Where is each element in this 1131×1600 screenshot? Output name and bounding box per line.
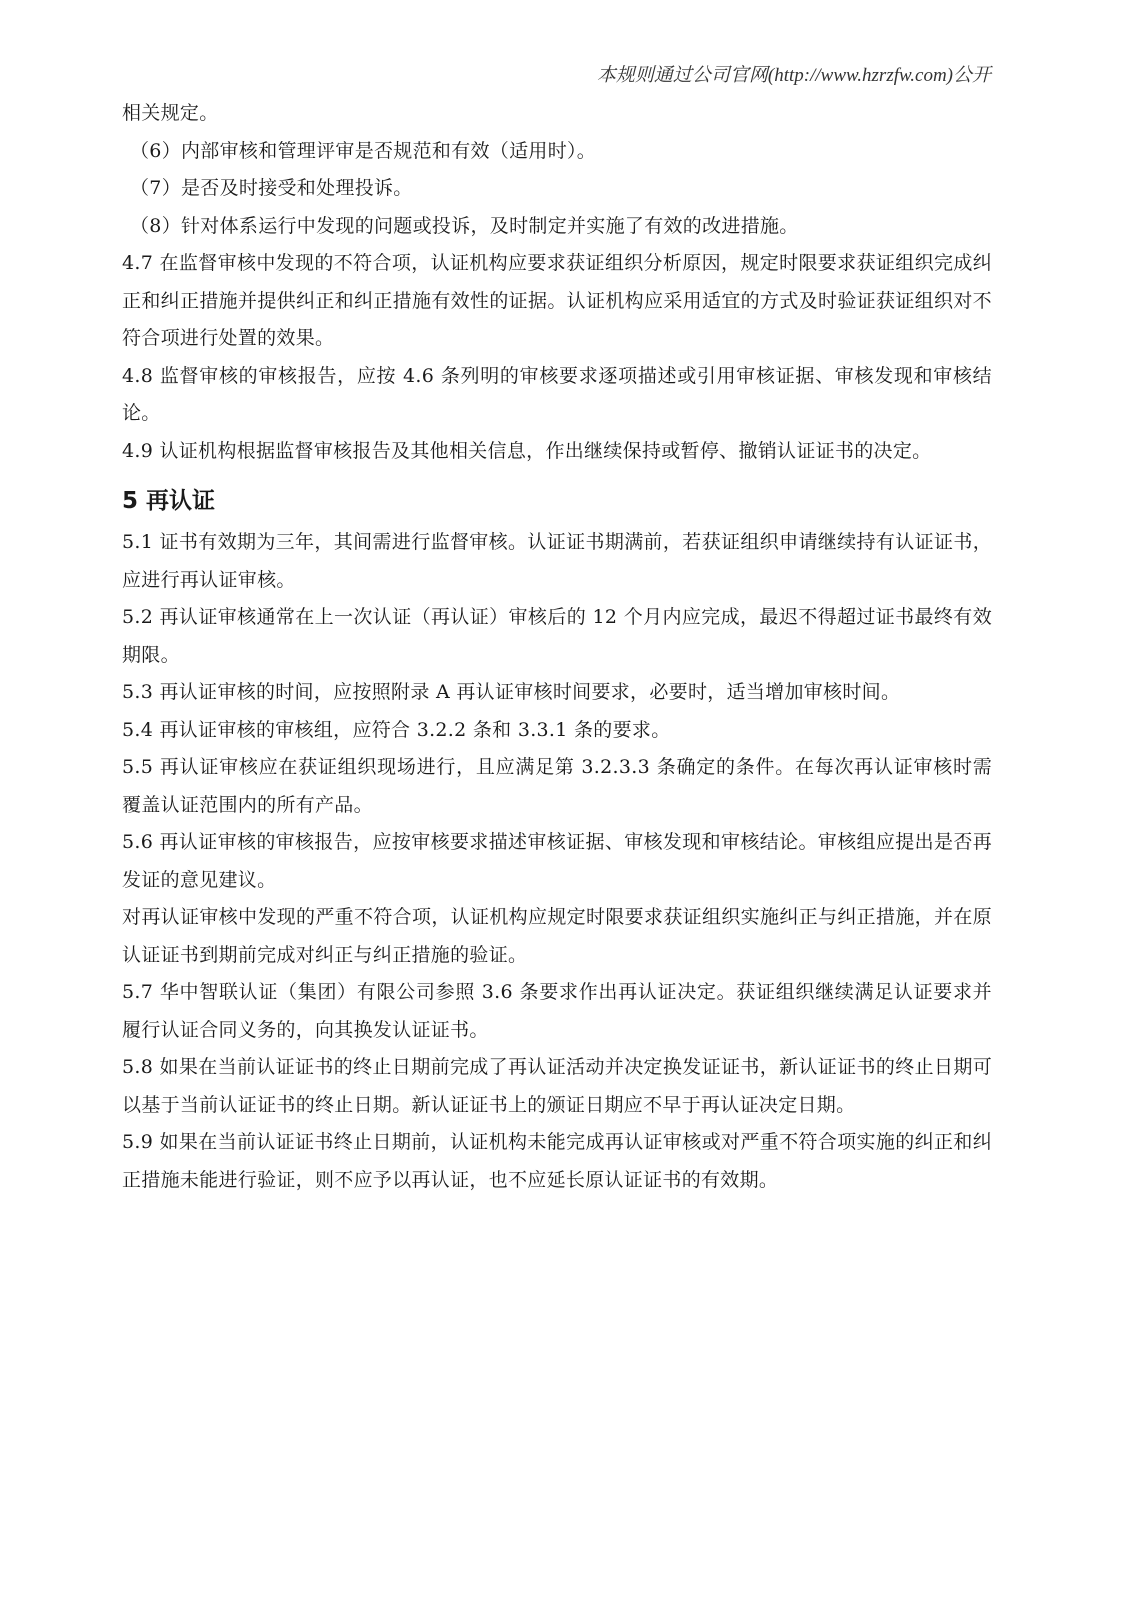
- clause-5-4: 5.4 再认证审核的审核组，应符合 3.2.2 条和 3.3.1 条的要求。: [122, 712, 992, 750]
- clause-5-2: 5.2 再认证审核通常在上一次认证（再认证）审核后的 12 个月内应完成，最迟不…: [122, 599, 992, 674]
- clause-5-7: 5.7 华中智联认证（集团）有限公司参照 3.6 条要求作出再认证决定。获证组织…: [122, 974, 992, 1049]
- page-header: 本规则通过公司官网(http://www.hzrzfw.com)公开: [597, 60, 991, 87]
- clause-4-9: 4.9 认证机构根据监督审核报告及其他相关信息，作出继续保持或暂停、撤销认证证书…: [122, 433, 992, 471]
- section-heading: 5 再认证: [122, 486, 992, 516]
- list-item-7: （7）是否及时接受和处理投诉。: [122, 170, 992, 208]
- clause-5-6-note: 对再认证审核中发现的严重不符合项，认证机构应规定时限要求获证组织实施纠正与纠正措…: [122, 899, 992, 974]
- clause-5-3: 5.3 再认证审核的时间，应按照附录 A 再认证审核时间要求，必要时，适当增加审…: [122, 674, 992, 712]
- document-body: 相关规定。 （6）内部审核和管理评审是否规范和有效（适用时）。 （7）是否及时接…: [122, 95, 992, 1199]
- paragraph: 相关规定。: [122, 95, 992, 133]
- clause-5-5: 5.5 再认证审核应在获证组织现场进行，且应满足第 3.2.3.3 条确定的条件…: [122, 749, 992, 824]
- clause-5-1: 5.1 证书有效期为三年，其间需进行监督审核。认证证书期满前，若获证组织申请继续…: [122, 524, 992, 599]
- list-item-6: （6）内部审核和管理评审是否规范和有效（适用时）。: [122, 133, 992, 171]
- clause-5-6: 5.6 再认证审核的审核报告，应按审核要求描述审核证据、审核发现和审核结论。审核…: [122, 824, 992, 899]
- clause-4-8: 4.8 监督审核的审核报告，应按 4.6 条列明的审核要求逐项描述或引用审核证据…: [122, 358, 992, 433]
- clause-5-8: 5.8 如果在当前认证证书的终止日期前完成了再认证活动并决定换发证证书，新认证证…: [122, 1049, 992, 1124]
- list-item-8: （8）针对体系运行中发现的问题或投诉，及时制定并实施了有效的改进措施。: [122, 208, 992, 246]
- clause-5-9: 5.9 如果在当前认证证书终止日期前，认证机构未能完成再认证审核或对严重不符合项…: [122, 1124, 992, 1199]
- clause-4-7: 4.7 在监督审核中发现的不符合项，认证机构应要求获证组织分析原因，规定时限要求…: [122, 245, 992, 358]
